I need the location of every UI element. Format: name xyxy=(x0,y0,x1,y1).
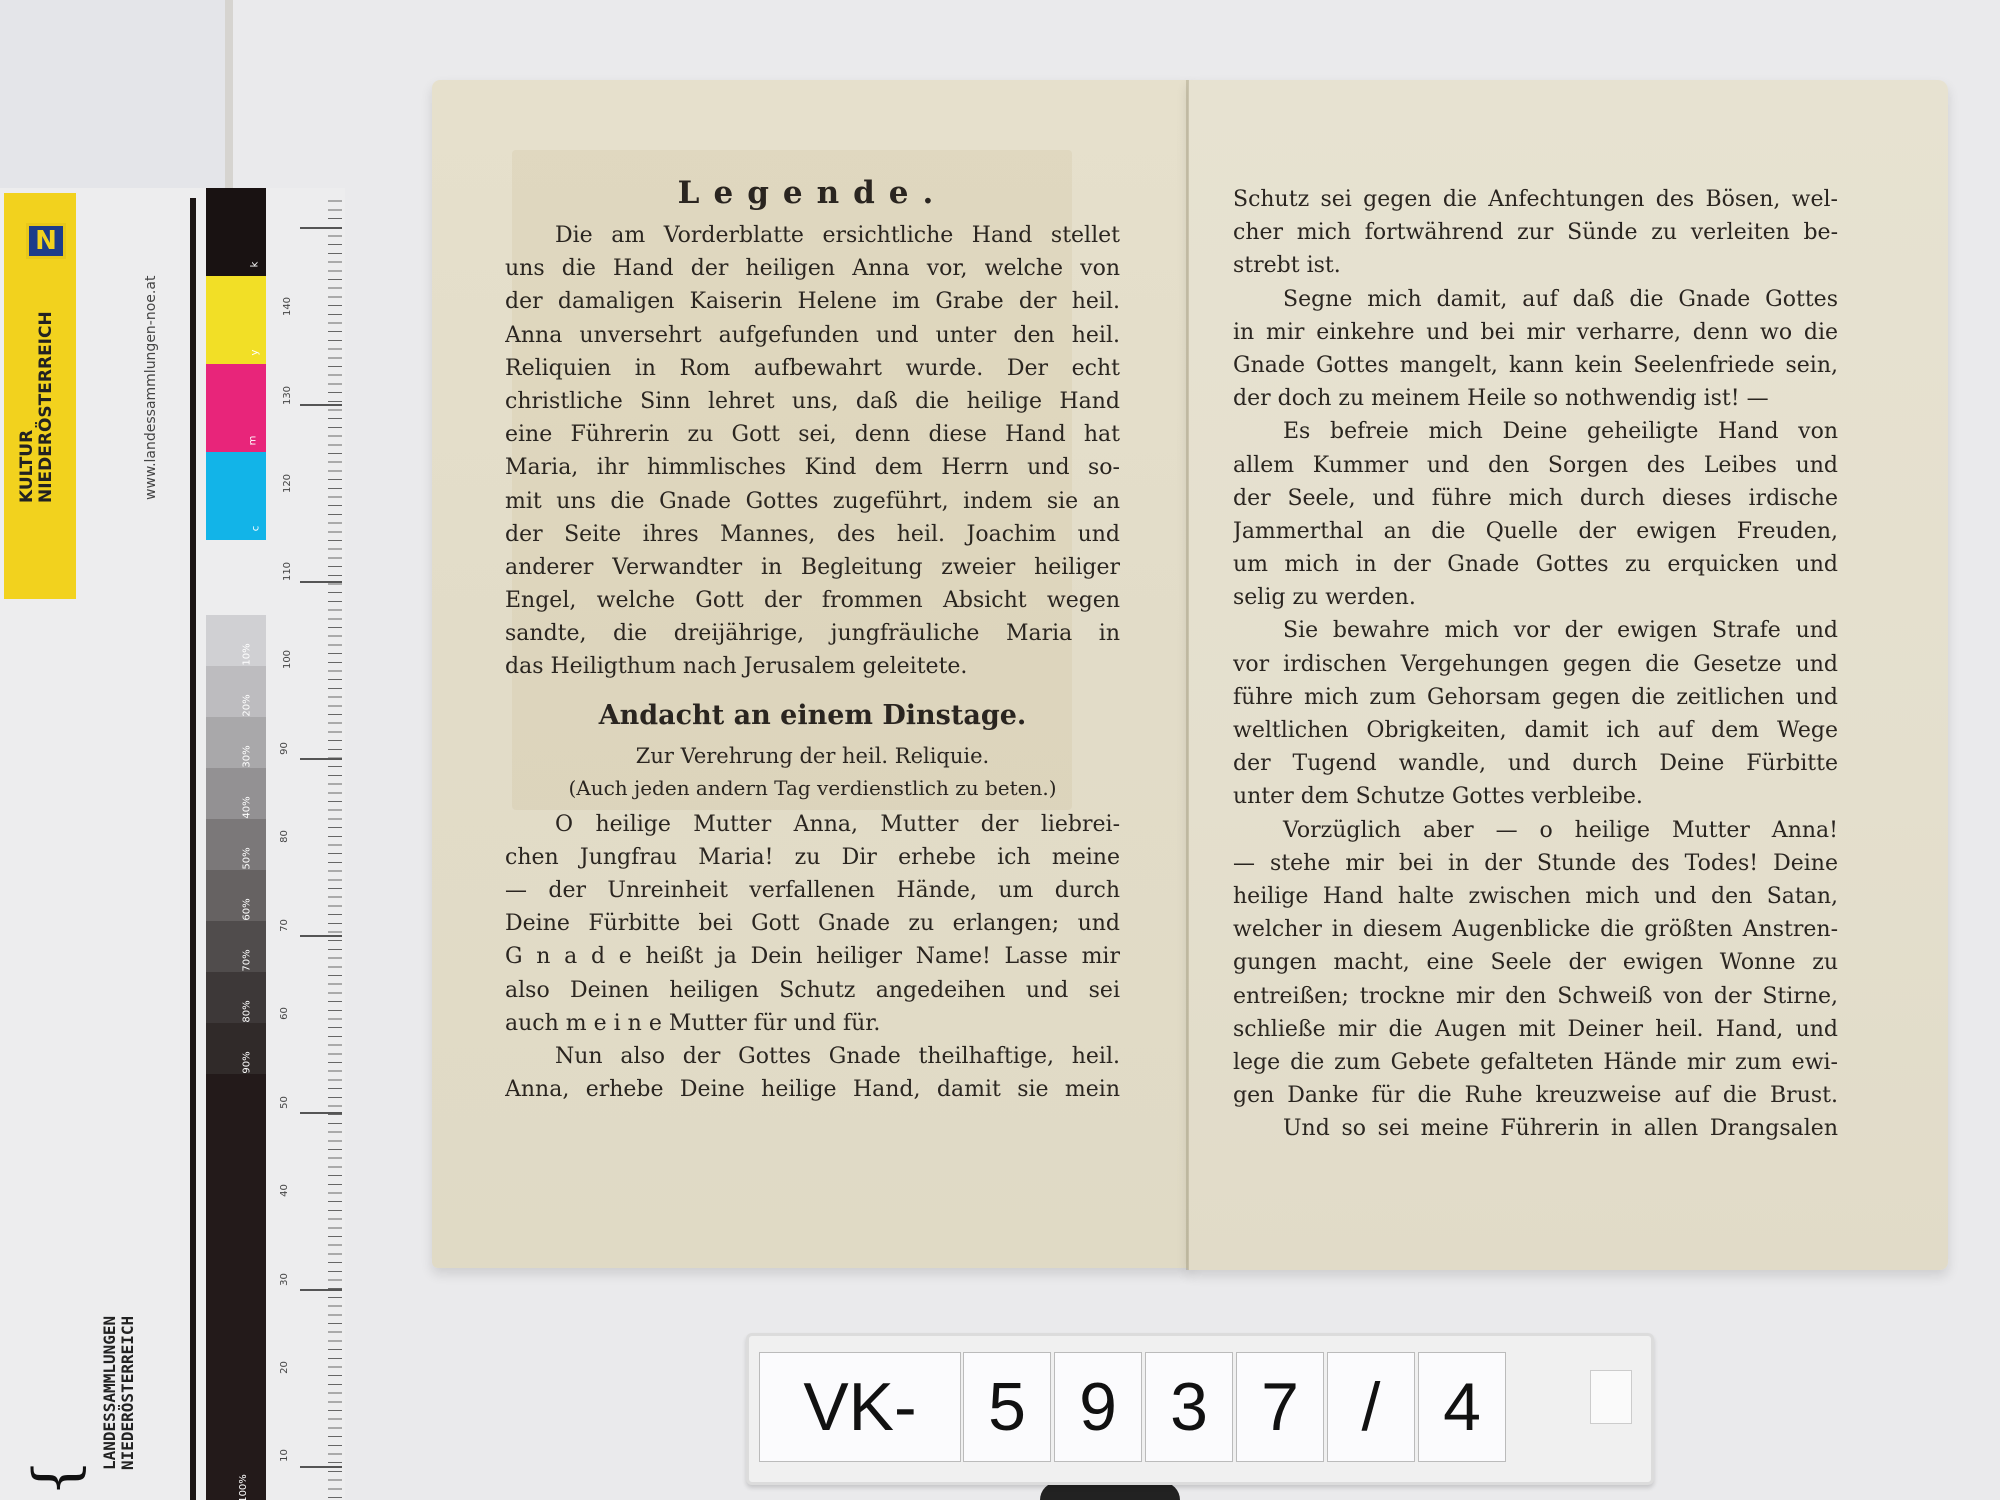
label-tile: / xyxy=(1327,1352,1415,1462)
ruler-label: 100 xyxy=(282,650,293,669)
swatch-label: c xyxy=(250,526,261,532)
label-tile: 3 xyxy=(1145,1352,1233,1462)
gray-label: 40% xyxy=(241,796,252,818)
text-line: gen Danke für die Ruhe kreuzweise auf di… xyxy=(1233,1079,1838,1112)
ruler-label: 60 xyxy=(279,1007,290,1020)
ruler-label: 70 xyxy=(279,919,290,932)
text-line: eine Führerin zu Gott sei, denn diese Ha… xyxy=(505,418,1120,451)
swatch-m: m xyxy=(206,364,266,452)
text-line: Segne mich damit, auf daß die Gnade Gott… xyxy=(1233,283,1838,316)
prayer-subheading: Zur Verehrung der heil. Reliquie. xyxy=(505,744,1120,776)
label-tile: 9 xyxy=(1054,1352,1142,1462)
text-line: um mich in der Gnade Gottes zu erquicken… xyxy=(1233,548,1838,581)
color-scale-card: N KULTUR NIEDERÖSTERREICH www.landessamm… xyxy=(0,188,345,1500)
text-line: Schutz sei gegen die Anfechtungen des Bö… xyxy=(1233,183,1838,216)
institution-line-2: NIEDERÖSTERREICH xyxy=(119,1316,137,1470)
gray-label: 60% xyxy=(241,898,252,920)
ruler-tick xyxy=(300,581,342,583)
ruler-tick xyxy=(300,758,342,760)
ruler-label: 80 xyxy=(279,830,290,843)
text-line: heilige Hand halte zwischen mich und den… xyxy=(1233,880,1838,913)
text-line: auch m e i n e Mutter für und für. xyxy=(505,1007,1120,1040)
text-line: schließe mir die Augen mit Deiner heil. … xyxy=(1233,1013,1838,1046)
gray-patch-10: 10% xyxy=(206,615,266,666)
text-line: der doch zu meinem Heile so nothwendig i… xyxy=(1233,382,1838,415)
label-tile: 7 xyxy=(1236,1352,1324,1462)
text-line: Sie bewahre mich vor der ewigen Strafe u… xyxy=(1233,614,1838,647)
gray-label: 80% xyxy=(241,1000,252,1022)
text-line: Anna unversehrt aufgefunden und unter de… xyxy=(505,319,1120,352)
website-url: www.landessammlungen-noe.at xyxy=(143,276,159,500)
ruler-label: 50 xyxy=(279,1096,290,1109)
text-line: Und so sei meine Führerin in allen Drang… xyxy=(1233,1112,1838,1145)
text-line: Reliquien in Rom aufbewahrt wurde. Der e… xyxy=(505,352,1120,385)
ruler-label: 110 xyxy=(282,562,293,581)
gray-patch-50: 50% xyxy=(206,819,266,870)
text-line: vor irdischen Vergehungen gegen die Gese… xyxy=(1233,648,1838,681)
mm-ruler xyxy=(300,193,342,1500)
prayer-heading: Andacht an einem Dinstage. xyxy=(505,700,1120,738)
brand-text: KULTUR NIEDERÖSTERREICH xyxy=(18,311,56,503)
brand-line-2: NIEDERÖSTERREICH xyxy=(37,311,56,503)
text-line: Anna, erhebe Deine heilige Hand, damit s… xyxy=(505,1073,1120,1106)
ruler-label: 120 xyxy=(282,474,293,493)
ruler-label: 140 xyxy=(282,297,293,316)
text-line: der Seite ihres Mannes, des heil. Joachi… xyxy=(505,518,1120,551)
text-line: in mir einkehre und bei mir verharre, de… xyxy=(1233,316,1838,349)
institution-name: LANDESSAMMLUNGEN NIEDERÖSTERREICH xyxy=(101,1316,137,1470)
ruler-tick xyxy=(300,935,342,937)
text-line: sandte, die dreijährige, jungfräuliche M… xyxy=(505,617,1120,650)
center-fold xyxy=(1186,80,1189,1270)
text-line: Deine Fürbitte bei Gott Gnade zu erlange… xyxy=(505,907,1120,940)
legend-title: Legende. xyxy=(505,175,1120,213)
ruler-label: 30 xyxy=(279,1273,290,1286)
brand-line-1: KULTUR xyxy=(18,311,37,503)
gray-patch-80: 80% xyxy=(206,972,266,1023)
text-line: allem Kummer und den Sorgen des Leibes u… xyxy=(1233,449,1838,482)
text-line: christliche Sinn lehret uns, daß die hei… xyxy=(505,385,1120,418)
gray-label: 30% xyxy=(241,745,252,767)
mat-edge xyxy=(225,0,233,190)
text-line: G n a d e heißt ja Dein heiliger Name! L… xyxy=(505,940,1120,973)
ruler-tick xyxy=(300,1289,342,1291)
gray-patch-70: 70% xyxy=(206,921,266,972)
gray-label: 20% xyxy=(241,694,252,716)
text-line: entreißen; trockne mir den Schweiß von d… xyxy=(1233,980,1838,1013)
text-line: — der Unreinheit verfallenen Hände, um d… xyxy=(505,874,1120,907)
text-line: der damaligen Kaiserin Helene im Grabe d… xyxy=(505,285,1120,318)
ruler-tick xyxy=(300,227,342,229)
text-line: chen Jungfrau Maria! zu Dir erhebe ich m… xyxy=(505,841,1120,874)
ruler-label: 90 xyxy=(279,742,290,755)
text-line: — stehe mir bei in der Stunde des Todes!… xyxy=(1233,847,1838,880)
text-line: selig zu werden. xyxy=(1233,581,1838,614)
text-line: welcher in diesem Augenblicke die größte… xyxy=(1233,913,1838,946)
ruler-tick xyxy=(300,1466,342,1468)
noe-logo-icon: N xyxy=(26,223,66,259)
left-page-text: Legende. Die am Vorderblatte ersichtlich… xyxy=(505,175,1120,1106)
gray-patch-40: 40% xyxy=(206,768,266,819)
text-line: Engel, welche Gott der frommen Absicht w… xyxy=(505,584,1120,617)
swatch-k: k xyxy=(206,188,266,276)
swatch-y: y xyxy=(206,276,266,364)
gray-patch-30: 30% xyxy=(206,717,266,768)
gray-label: 90% xyxy=(241,1051,252,1073)
gray-label: 100% xyxy=(238,1474,249,1500)
text-line: der Seele, und führe mich durch dieses i… xyxy=(1233,482,1838,515)
text-line: O heilige Mutter Anna, Mutter der liebre… xyxy=(505,808,1120,841)
empty-label-slot xyxy=(1590,1370,1632,1424)
swatch-c: c xyxy=(206,452,266,540)
prayer-note: (Auch jeden andern Tag verdienstlich zu … xyxy=(505,776,1120,808)
right-page-text: Schutz sei gegen die Anfechtungen des Bö… xyxy=(1233,183,1838,1145)
text-line: das Heiligthum nach Jerusalem geleitete. xyxy=(505,650,1120,683)
brace-icon: { xyxy=(41,1437,71,1497)
institution-line-1: LANDESSAMMLUNGEN xyxy=(101,1316,119,1470)
text-line: strebt ist. xyxy=(1233,249,1838,282)
gray-patch-100: 100% xyxy=(206,1074,266,1500)
gray-patch-90: 90% xyxy=(206,1023,266,1074)
ruler-label: 40 xyxy=(279,1184,290,1197)
text-line: Jammerthal an die Quelle der ewigen Freu… xyxy=(1233,515,1838,548)
ruler-label: 20 xyxy=(279,1361,290,1374)
gray-label: 70% xyxy=(241,949,252,971)
gray-patch-20: 20% xyxy=(206,666,266,717)
text-line: gungen macht, eine Seele der ewigen Wonn… xyxy=(1233,946,1838,979)
ruler-label: 10 xyxy=(279,1449,290,1462)
text-line: mit uns die Gnade Gottes zugeführt, inde… xyxy=(505,485,1120,518)
text-line: Maria, ihr himmlisches Kind dem Herrn un… xyxy=(505,451,1120,484)
label-tile: VK- xyxy=(759,1352,961,1462)
text-line: führe mich zum Gehorsam gegen die zeitli… xyxy=(1233,681,1838,714)
text-line: Es befreie mich Deine geheiligte Hand vo… xyxy=(1233,415,1838,448)
swatch-label: k xyxy=(250,262,261,268)
label-tile: 5 xyxy=(963,1352,1051,1462)
gray-patch-60: 60% xyxy=(206,870,266,921)
text-line: cher mich fortwährend zur Sünde zu verle… xyxy=(1233,216,1838,249)
text-line: lege die zum Gebete gefalteten Hände mir… xyxy=(1233,1046,1838,1079)
text-line: also Deinen heiligen Schutz angedeihen u… xyxy=(505,974,1120,1007)
text-line: Gnade Gottes mangelt, kann kein Seelenfr… xyxy=(1233,349,1838,382)
gray-label: 10% xyxy=(241,643,252,665)
gray-label: 50% xyxy=(241,847,252,869)
reference-black-line xyxy=(190,198,196,1500)
swatch-label: m xyxy=(248,436,259,446)
text-line: Die am Vorderblatte ersichtliche Hand st… xyxy=(505,219,1120,252)
ruler-label: 130 xyxy=(282,386,293,405)
text-line: Vorzüglich aber — o heilige Mutter Anna! xyxy=(1233,814,1838,847)
text-line: weltlichen Obrigkeiten, damit ich auf de… xyxy=(1233,714,1838,747)
text-line: unter dem Schutze Gottes verbleibe. xyxy=(1233,780,1838,813)
text-line: uns die Hand der heiligen Anna vor, welc… xyxy=(505,252,1120,285)
text-line: Nun also der Gottes Gnade theilhaftige, … xyxy=(505,1040,1120,1073)
text-line: der Tugend wandle, und durch Deine Fürbi… xyxy=(1233,747,1838,780)
ruler-tick xyxy=(300,1112,342,1114)
text-line: anderer Verwandter in Begleitung zweier … xyxy=(505,551,1120,584)
swatch-label: y xyxy=(250,350,261,356)
ruler-tick xyxy=(300,404,342,406)
label-tile: 4 xyxy=(1418,1352,1506,1462)
brand-banner: N KULTUR NIEDERÖSTERREICH xyxy=(4,193,76,599)
